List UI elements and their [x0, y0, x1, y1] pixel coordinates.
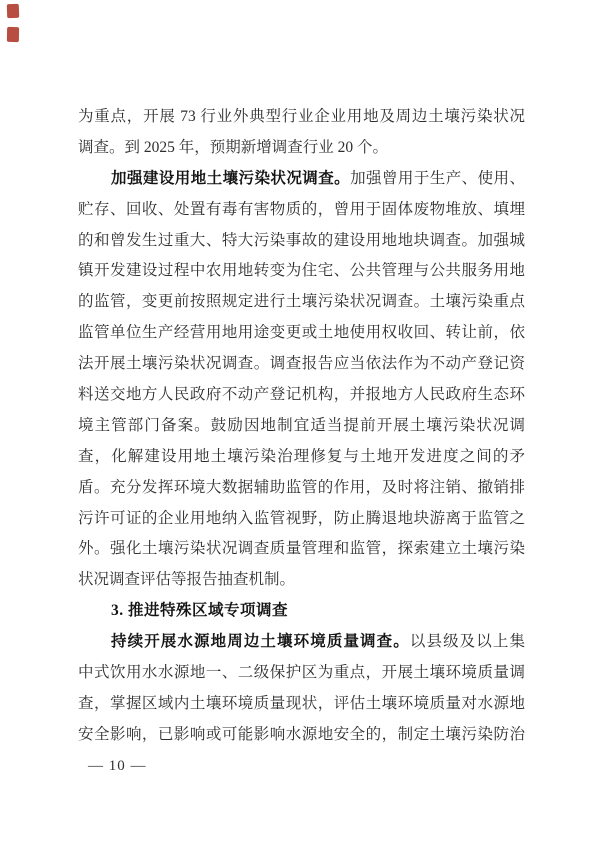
document-page: 为重点，开展 73 行业外典型行业企业用地及周边土壤污染状况 调查。到 2025…: [0, 0, 600, 848]
text-line: 镇开发建设过程中农用地转变为住宅、公共管理与公共服务用地: [78, 256, 525, 287]
text-line: 的和曾发生过重大、特大污染事故的建设用地地块调查。加强城: [78, 226, 525, 257]
text-line: 查，掌握区域内土壤环境质量现状，评估土壤环境质量对水源地: [78, 689, 525, 720]
text-line: 为重点，开展 73 行业外典型行业企业用地及周边土壤污染状况: [78, 102, 525, 133]
text-line: 料送交地方人民政府不动产登记机构，并报地方人民政府生态环: [78, 380, 525, 411]
text-line: 境主管部门备案。鼓励因地制宜适当提前开展土壤污染状况调: [78, 411, 525, 442]
text-line: 持续开展水源地周边土壤环境质量调查。以县级及以上集: [78, 627, 525, 658]
text-line: 贮存、回收、处置有毒有害物质的，曾用于固体废物堆放、填埋: [78, 195, 525, 226]
red-stamp-mark: [7, 27, 19, 42]
text-line: 监管单位生产经营用地用途变更或土地使用权收回、转让前，依: [78, 318, 525, 349]
text-line: 外。强化土壤污染状况调查质量管理和监管，探索建立土壤污染: [78, 534, 525, 565]
page-number: — 10 —: [88, 756, 147, 776]
text-line: 法开展土壤污染状况调查。调查报告应当依法作为不动产登记资: [78, 349, 525, 380]
text-line: 加强建设用地土壤污染状况调查。加强曾用于生产、使用、: [78, 164, 525, 195]
text-line: 污许可证的企业用地纳入监管视野，防止腾退地块游离于监管之: [78, 504, 525, 535]
text-line: 中式饮用水水源地一、二级保护区为重点，开展土壤环境质量调: [78, 658, 525, 689]
document-text-block: 为重点，开展 73 行业外典型行业企业用地及周边土壤污染状况 调查。到 2025…: [78, 102, 525, 751]
text-line: 盾。充分发挥环境大数据辅助监管的作用，及时将注销、撤销排: [78, 473, 525, 504]
text-line: 状况调查评估等报告抽查机制。: [78, 565, 525, 596]
text-line: 调查。到 2025 年，预期新增调查行业 20 个。: [78, 133, 525, 164]
red-stamp-mark: [7, 4, 19, 18]
text-line: 安全影响，已影响或可能影响水源地安全的，制定土壤污染防治: [78, 720, 525, 751]
text-line: 的监管，变更前按照规定进行土壤污染状况调查。土壤污染重点: [78, 287, 525, 318]
section-heading: 3. 推进特殊区域专项调查: [78, 596, 525, 627]
text-line: 查，化解建设用地土壤污染治理修复与土地开发进度之间的矛: [78, 442, 525, 473]
